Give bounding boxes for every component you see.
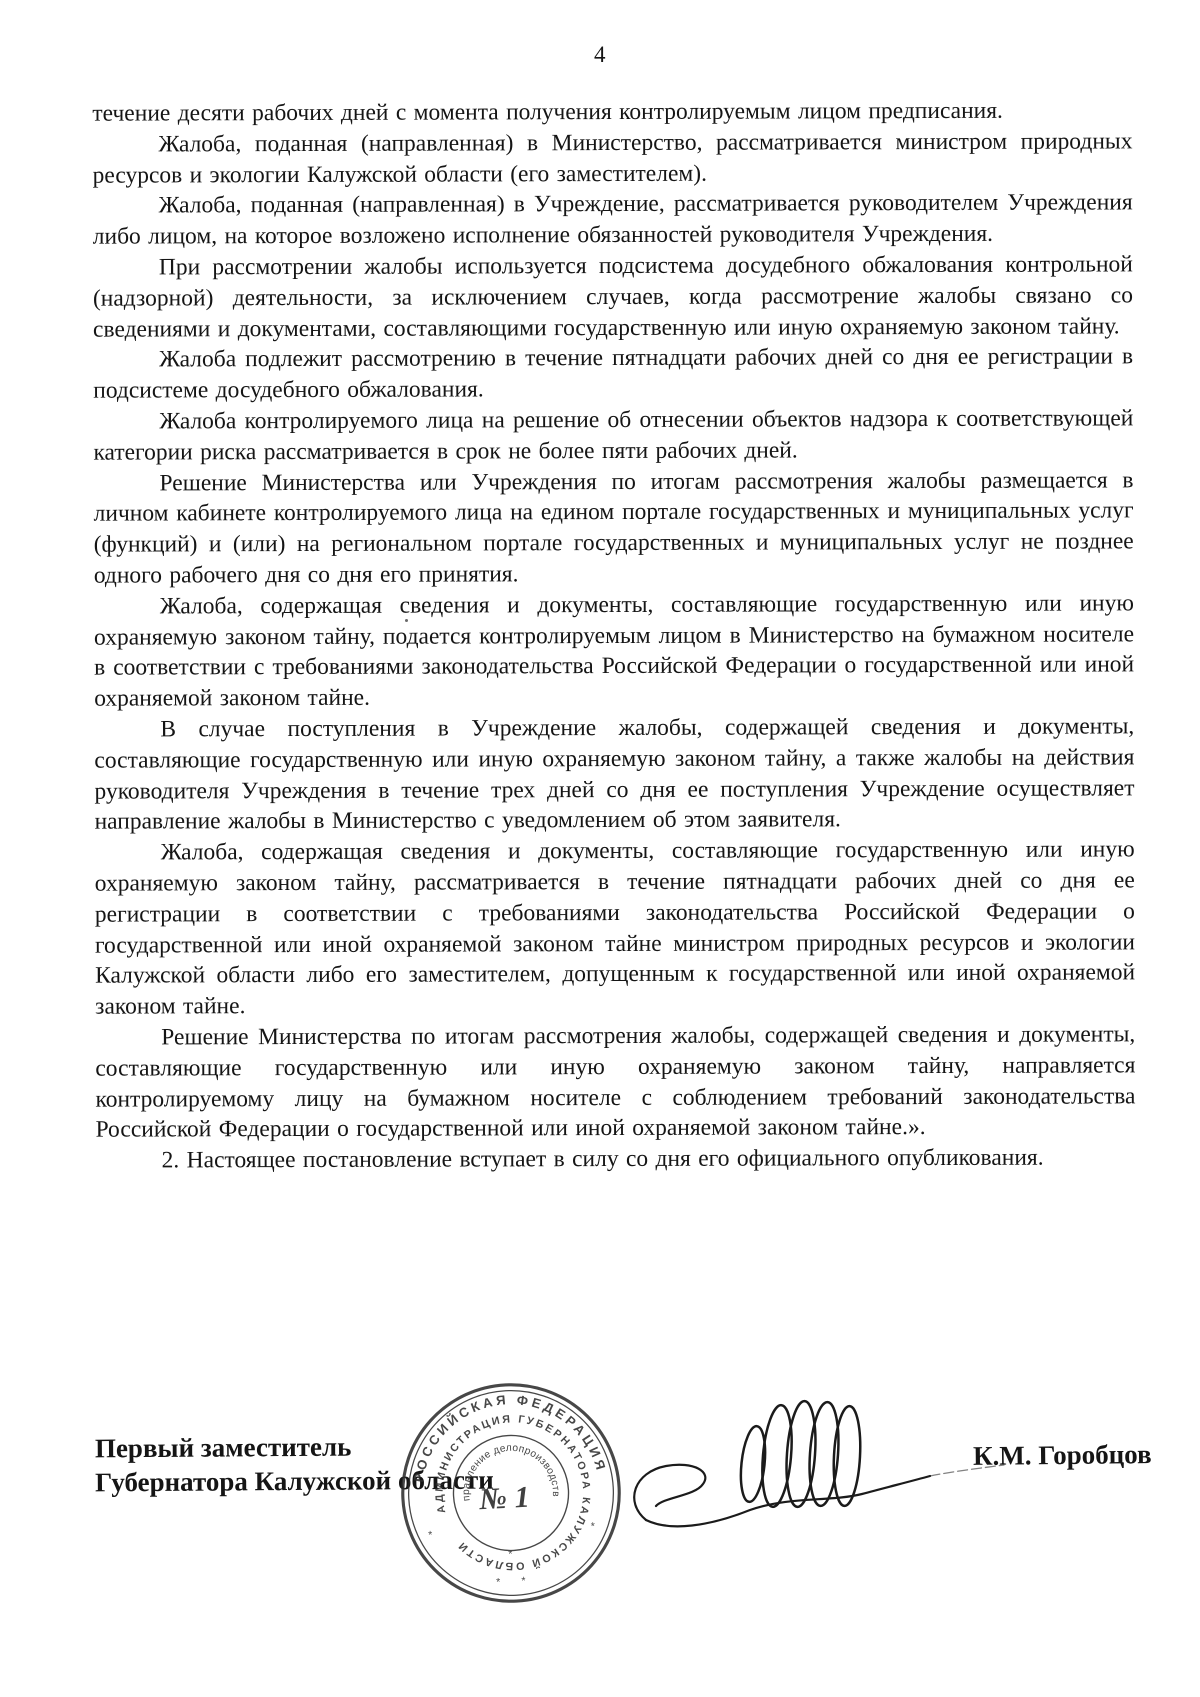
signature-icon	[600, 1380, 1020, 1550]
paragraph: В случае поступления в Учреждение жалобы…	[94, 711, 1134, 837]
stamp-asterisk: *	[508, 1548, 513, 1560]
paragraph: Жалоба, содержащая сведения и документы,…	[95, 834, 1136, 1022]
document-body: течение десяти рабочих дней с момента по…	[92, 95, 1135, 1176]
scan-artifact	[405, 619, 408, 622]
stamp-asterisk: *	[496, 1576, 501, 1588]
paragraph: Жалоба подлежит рассмотрению в течение п…	[93, 342, 1133, 407]
paragraph: Решение Министерства по итогам рассмотре…	[95, 1019, 1135, 1145]
stamp-asterisk: *	[591, 1521, 596, 1533]
paragraph: При рассмотрении жалобы используется под…	[93, 249, 1133, 345]
paragraph: Жалоба контролируемого лица на решение о…	[93, 403, 1133, 468]
stamp-number: № 1	[477, 1480, 530, 1517]
paragraph: Жалоба, содержащая сведения и документы,…	[94, 588, 1134, 714]
paragraph: Решение Министерства или Учреждения по и…	[93, 465, 1133, 591]
stamp-asterisk: *	[521, 1575, 526, 1587]
paragraph: Жалоба, поданная (направленная) в Минист…	[92, 126, 1132, 191]
document-page: 4 течение десяти рабочих дней с момента …	[0, 0, 1200, 1697]
stamp-asterisk: *	[428, 1529, 433, 1541]
official-stamp-icon: РОССИЙСКАЯ ФЕДЕРАЦИЯ АДМИНИСТРАЦИЯ ГУБЕР…	[394, 1376, 628, 1610]
paragraph: 2. Настоящее постановление вступает в си…	[96, 1142, 1136, 1176]
paragraph: Жалоба, поданная (направленная) в Учрежд…	[93, 188, 1133, 253]
page-number: 4	[0, 42, 1200, 68]
paragraph: течение десяти рабочих дней с момента по…	[92, 95, 1132, 129]
